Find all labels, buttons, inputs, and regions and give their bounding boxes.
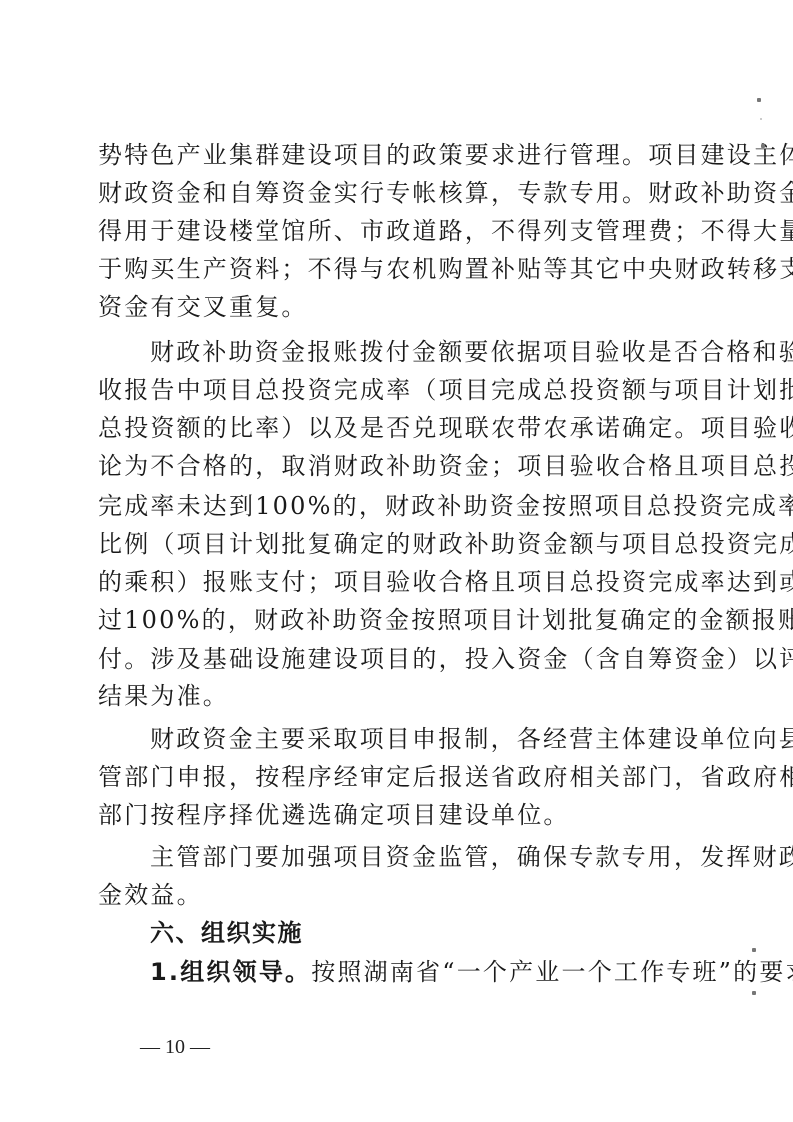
text-line: 过100%的，财政补助资金按照项目计划批复确定的金额报账支 [98, 601, 708, 639]
text-line: 主管部门要加强项目资金监管，确保专款专用，发挥财政资 [150, 838, 708, 876]
section-heading: 六、组织实施 [150, 914, 708, 952]
subheading-line: 1.组织领导。按照湖南省“一个产业一个工作专班”的要求， [150, 953, 708, 991]
subheading-text: 按照湖南省“一个产业一个工作专班”的要求， [311, 958, 793, 986]
scan-mark-icon [752, 991, 756, 995]
text-line: 财政补助资金报账拨付金额要依据项目验收是否合格和验 [150, 333, 708, 371]
text-line: 论为不合格的，取消财政补助资金；项目验收合格且项目总投资 [98, 447, 708, 485]
text-line: 得用于建设楼堂馆所、市政道路，不得列支管理费；不得大量用 [98, 212, 708, 250]
text-line: 管部门申报，按程序经审定后报送省政府相关部门，省政府相关 [98, 758, 708, 796]
text-line: 财政资金和自筹资金实行专帐核算，专款专用。财政补助资金不 [98, 174, 708, 212]
scan-mark-icon [752, 948, 756, 952]
page-number: — 10 — [140, 1036, 210, 1059]
document-page: 势特色产业集群建设项目的政策要求进行管理。项目建设主体对 财政资金和自筹资金实行… [0, 0, 793, 1122]
text-line: 完成率未达到100%的，财政补助资金按照项目总投资完成率同 [98, 487, 708, 525]
text-line: 部门按程序择优遴选确定项目建设单位。 [98, 796, 708, 834]
text-line: 结果为准。 [98, 677, 708, 715]
scan-dot-icon [760, 118, 762, 120]
text-line: 于购买生产资料；不得与农机购置补贴等其它中央财政转移支付 [98, 250, 708, 288]
text-line: 的乘积）报账支付；项目验收合格且项目总投资完成率达到或超 [98, 563, 708, 601]
text-line: 比例（项目计划批复确定的财政补助资金额与项目总投资完成率 [98, 525, 708, 563]
scan-dot-icon [753, 966, 755, 968]
text-line: 金效益。 [98, 876, 708, 914]
text-line: 资金有交叉重复。 [98, 288, 708, 326]
text-line: 势特色产业集群建设项目的政策要求进行管理。项目建设主体对 [98, 136, 708, 174]
scan-mark-icon [757, 98, 761, 102]
text-line: 总投资额的比率）以及是否兑现联农带农承诺确定。项目验收结 [98, 409, 708, 447]
text-line: 付。涉及基础设施建设项目的，投入资金（含自筹资金）以评审 [98, 640, 708, 678]
text-line: 财政资金主要采取项目申报制，各经营主体建设单位向县主 [150, 720, 708, 758]
text-line: 收报告中项目总投资完成率（项目完成总投资额与项目计划批复 [98, 371, 708, 409]
scan-mark-icon [761, 144, 765, 148]
subheading-lead: 1.组织领导。 [150, 958, 311, 986]
